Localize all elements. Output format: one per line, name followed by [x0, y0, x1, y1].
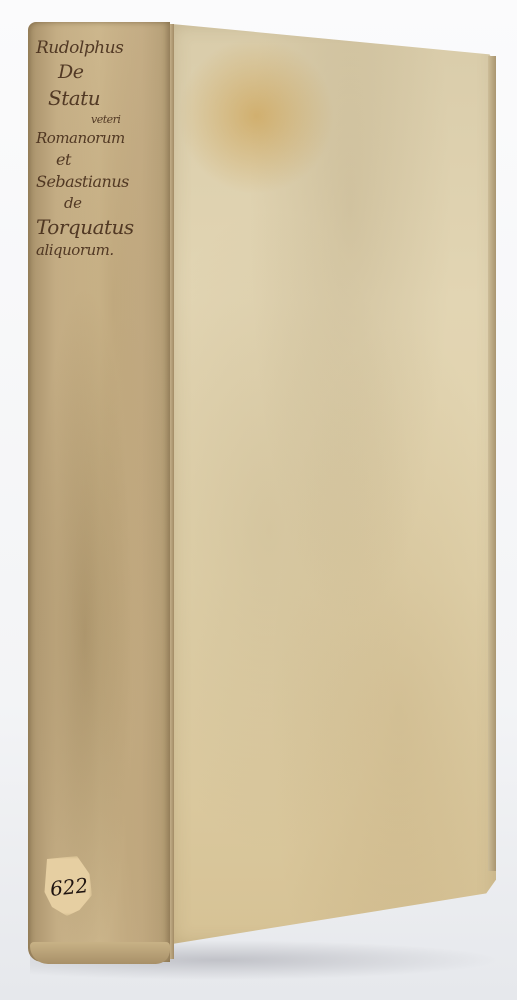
spine-line: de: [64, 196, 166, 211]
spine-bottom-cap: [30, 942, 170, 964]
spine-line: et: [56, 152, 166, 168]
spine-line: aliquorum.: [36, 243, 166, 258]
spine-line: Romanorum: [36, 131, 166, 146]
spine-line: Torquatus: [36, 217, 166, 237]
spine-line: De: [58, 63, 166, 82]
spine-line: Rudolphus: [36, 40, 166, 57]
book-photo: Rudolphus De Statu veteri Romanorum et S…: [0, 0, 517, 1000]
shelf-mark-number: 622: [49, 873, 89, 901]
spine-line: Statu: [48, 88, 166, 108]
spine-handwritten-title: Rudolphus De Statu veteri Romanorum et S…: [36, 40, 166, 264]
front-cover: [172, 24, 496, 944]
spine-line: Sebastianus: [36, 174, 166, 190]
spine-line: veteri: [91, 114, 166, 125]
fore-edge: [488, 56, 496, 871]
